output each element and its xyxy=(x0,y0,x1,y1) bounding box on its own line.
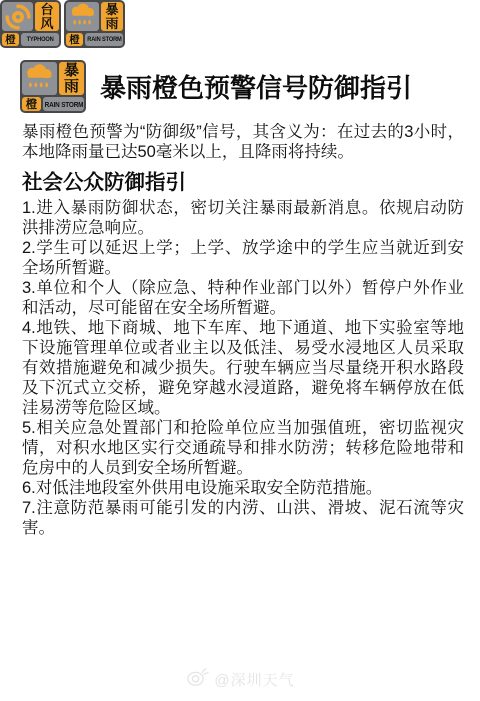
typhoon-icon xyxy=(2,2,33,31)
rain-cloud-icon xyxy=(66,2,99,31)
notice-body: 暴雨橙色预警为“防御级”信号，其含义为：在过去的3小时，本地降雨量已达50毫米以… xyxy=(22,122,464,538)
badge-english-label: TYPHOON xyxy=(26,36,53,43)
badge-level-label: 橙 xyxy=(22,97,41,111)
badge-hanzi-label: 台风 xyxy=(40,3,54,31)
badge-english-label: RAIN STORM xyxy=(87,36,121,43)
rainstorm-orange-warning-badge: 暴雨 橙 RAIN STORM xyxy=(64,0,125,48)
rain-cloud-icon xyxy=(22,62,57,95)
page-title: 暴雨橙色预警信号防御指引 xyxy=(100,68,412,105)
guideline-item-1: 1.进入暴雨防御状态，密切关注暴雨最新消息。依规启动防洪排涝应急响应。 xyxy=(22,198,464,238)
badge-english-label: RAIN STORM xyxy=(44,100,83,109)
guideline-item-6: 6.对低洼地段室外供用电设施采取安全防范措施。 xyxy=(22,478,464,498)
badge-level-label: 橙 xyxy=(66,33,83,46)
guideline-item-3: 3.单位和个人（除应急、特种作业部门以外）暂停户外作业和活动，尽可能留在安全场所… xyxy=(22,278,464,318)
header: 暴雨 橙 RAIN STORM 暴雨橙色预警信号防御指引 xyxy=(20,60,412,113)
badge-hanzi-label: 暴雨 xyxy=(105,3,119,31)
section-heading: 社会公众防御指引 xyxy=(22,165,464,195)
badge-hanzi-label: 暴雨 xyxy=(64,63,80,95)
guideline-item-7: 7.注意防范暴雨可能引发的内涝、山洪、滑坡、泥石流等灾害。 xyxy=(22,498,464,538)
intro-paragraph: 暴雨橙色预警为“防御级”信号，其含义为：在过去的3小时，本地降雨量已达50毫米以… xyxy=(22,122,464,162)
notice-page: 台风 橙 TYPHOON xyxy=(0,0,480,701)
header-rainstorm-badge: 暴雨 橙 RAIN STORM xyxy=(20,60,86,113)
top-warning-badges: 台风 橙 TYPHOON xyxy=(0,0,125,48)
watermark-logo-icon xyxy=(185,665,209,693)
guideline-item-2: 2.学生可以延迟上学；上学、放学途中的学生应当就近到安全场所暂避。 xyxy=(22,238,464,278)
watermark-text: @深圳天气 xyxy=(214,669,294,690)
typhoon-orange-warning-badge: 台风 橙 TYPHOON xyxy=(0,0,61,48)
guideline-item-4: 4.地铁、地下商城、地下车库、地下通道、地下实验室等地下设施管理单位或者业主以及… xyxy=(22,318,464,418)
badge-level-label: 橙 xyxy=(2,33,19,46)
watermark: @深圳天气 xyxy=(185,665,294,693)
guideline-item-5: 5.相关应急处置部门和抢险单位应当加强值班，密切监视灾情，对积水地区实行交通疏导… xyxy=(22,418,464,478)
